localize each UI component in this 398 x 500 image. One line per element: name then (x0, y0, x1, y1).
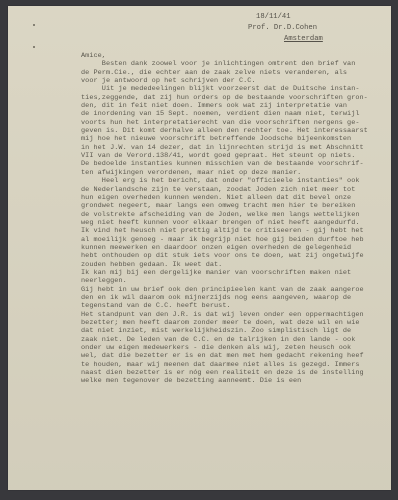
text-line: welke men tegenover de bezetting aanneem… (81, 377, 386, 385)
text-line: in het J.W. van 14 dezer, dat in lijnrec… (81, 144, 386, 152)
text-line: Ik vind het heusch niet prettig altijd t… (81, 227, 386, 235)
text-line: al moeilijk genoeg - maar ik begrijp nie… (81, 236, 386, 244)
text-line: onder uw eigen medewerkers - die denken … (81, 344, 386, 352)
text-line: Amice, (81, 52, 386, 60)
punch-hole-mark (33, 24, 35, 26)
text-line: den en ik wil daarom ook mijnerzijds nog… (81, 294, 386, 302)
text-line: Besten dank zoowel voor je inlichtingen … (81, 60, 386, 68)
text-line: te houden, maar wij meenen dat daarmee n… (81, 361, 386, 369)
text-line: mij hoe het nieuwe voorschrift betreffen… (81, 135, 386, 143)
text-line: geven is. Dit komt derhalve alleen den r… (81, 127, 386, 135)
recipient-name: Prof. Dr.D.Cohen (248, 24, 317, 33)
text-line: dat niet inziet, mist werkelijkheidszin.… (81, 327, 386, 335)
text-line: hebt onthouden op dit stuk iets voor ons… (81, 252, 386, 260)
text-line: de Nederlandsche zijn te verstaan, zooda… (81, 186, 386, 194)
text-line: hun eigen overheden kunnen wenden. Niet … (81, 194, 386, 202)
text-line: voor je antwoord op het schrijven der C.… (81, 77, 386, 85)
text-line: grondwet negeert, maar langs een omweg t… (81, 202, 386, 210)
text-line: de inordening van 15 Sept. noemen, verdi… (81, 110, 386, 118)
letter-body: Amice, Besten dank zoowel voor je inlich… (81, 52, 386, 394)
text-line: bezetter; men heeft daarom zonder meer t… (81, 319, 386, 327)
text-line: den, dit in feit niet doen. Immers ook w… (81, 102, 386, 110)
text-line: VII van de Verord.138/41, wordt goed gep… (81, 152, 386, 160)
text-line: voorts hun het interpretatierecht van di… (81, 119, 386, 127)
text-line: de Perm.Cie., die echter aan de zaak zel… (81, 69, 386, 77)
text-line: weg niet heeft kunnen voor elkaar brenge… (81, 219, 386, 227)
text-line: naast dien bezetter is er nóg een realit… (81, 369, 386, 377)
text-line: tegenstand van de C.C. heeft berust. (81, 302, 386, 310)
text-line: Gij hebt in uw brief ook den principieel… (81, 286, 386, 294)
text-line: ties,zeggende, dat zij hun orders op de … (81, 94, 386, 102)
text-line: wel, dat die bezetter er is en dat men m… (81, 352, 386, 360)
text-line: zouden hebben gedaan. Ik weet dat. (81, 261, 386, 269)
text-line: Ik kan mij bij een dergelijke manier van… (81, 269, 386, 277)
scan-background: 18/11/41 Prof. Dr.D.Cohen Amsterdam Amic… (0, 0, 398, 500)
text-line: kunnen meewerken en daardoor onzen eigen… (81, 244, 386, 252)
text-line: zaak niet. De leden van de C.C. en de ta… (81, 336, 386, 344)
text-line: De bedoelde instanties kunnen misschien … (81, 160, 386, 168)
text-line: neerleggen. (81, 277, 386, 285)
text-line (81, 386, 386, 394)
text-line: de volstrekte afscheiding van de Joden, … (81, 211, 386, 219)
recipient-city: Amsterdam (284, 35, 323, 44)
text-line: Heel erg is het bericht, dat onder "offi… (81, 177, 386, 185)
text-line: ten afwijkingen verordenen, maar niet op… (81, 169, 386, 177)
punch-hole-mark (33, 46, 35, 48)
text-line: Het standpunt van den J.R. is dat wij le… (81, 311, 386, 319)
text-line: Uit je mededeelingen blijkt voorzeerst d… (81, 85, 386, 93)
letter-date: 18/11/41 (256, 13, 291, 22)
